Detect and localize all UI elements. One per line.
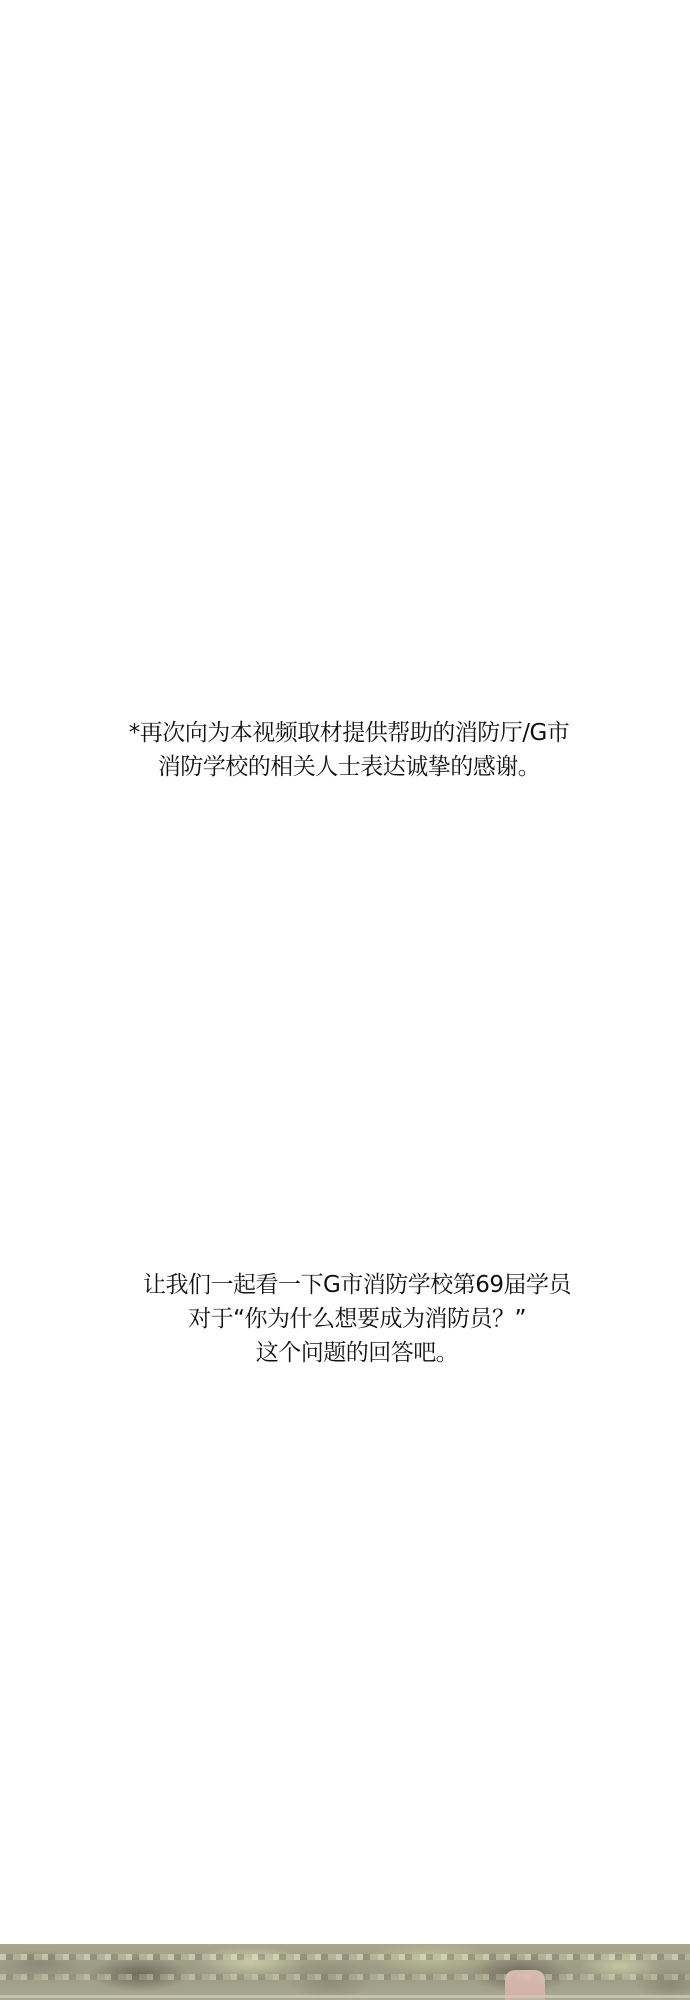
intro-question: 让我们一起看一下G市消防学校第69届学员 对于“你为什么想要成为消防员？” 这个… — [0, 1268, 690, 1370]
intro-question-line-1: 让我们一起看一下G市消防学校第69届学员 — [24, 1268, 690, 1302]
fence-rail-illustration — [0, 1995, 690, 1998]
foliage-texture — [0, 1974, 690, 1980]
credit-note-line-2: 消防学校的相关人士表达诚挚的感谢。 — [8, 750, 690, 784]
foliage-illustration-panel — [0, 1944, 690, 2000]
intro-question-line-2: 对于“你为什么想要成为消防员？” — [24, 1302, 690, 1336]
foliage-texture — [0, 1954, 690, 1960]
credit-note: *再次向为本视频取材提供帮助的消防厅/G市 消防学校的相关人士表达诚挚的感谢。 — [0, 716, 690, 784]
intro-question-line-3: 这个问题的回答吧。 — [24, 1336, 690, 1370]
credit-note-line-1: *再次向为本视频取材提供帮助的消防厅/G市 — [8, 716, 690, 750]
